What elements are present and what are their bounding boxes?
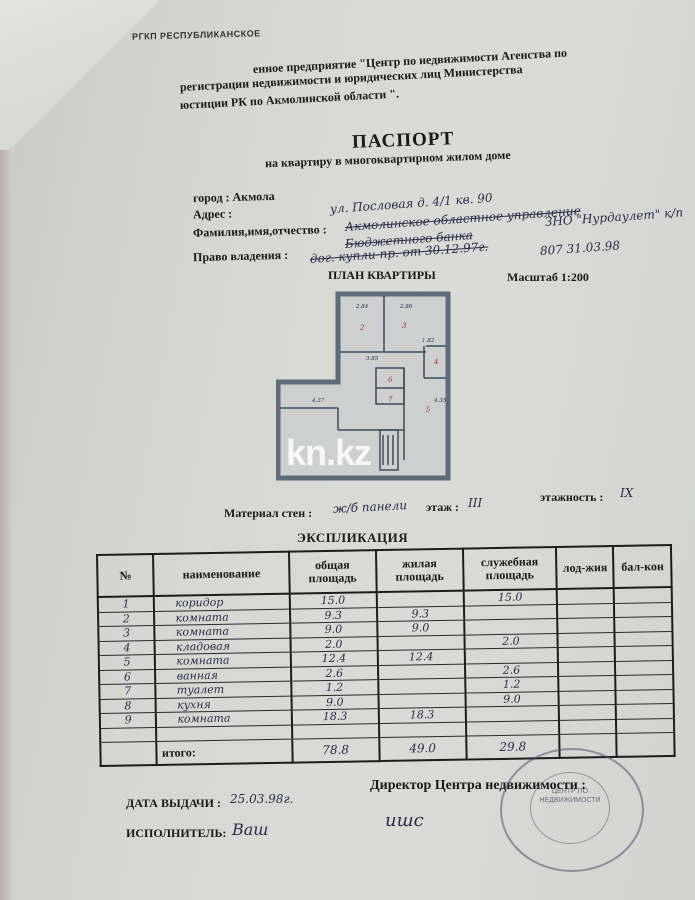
wall-material-label: Материал стен : <box>224 506 312 521</box>
room-label-3: 3 <box>402 322 407 330</box>
svg-text:2.84: 2.84 <box>355 304 369 310</box>
cell-number: 2 <box>98 611 155 626</box>
cell-balcony <box>616 703 674 719</box>
plan-title: ПЛАН КВАРТИРЫ <box>328 268 436 283</box>
executor-label: ИСПОЛНИТЕЛЬ: <box>126 826 226 841</box>
cell-living-area <box>378 664 465 680</box>
cell-total-area <box>292 723 379 739</box>
cell-loggia <box>558 675 616 691</box>
cell-service-area <box>464 604 558 620</box>
cell-total-area: 2.6 <box>291 665 378 681</box>
cell-loggia <box>558 646 616 662</box>
plan-scale: Масштаб 1:200 <box>507 270 589 285</box>
cell-loggia <box>557 603 615 619</box>
city-label: город : Акмола <box>193 189 275 206</box>
cell-number: 1 <box>98 596 155 612</box>
cell-balcony <box>616 674 674 690</box>
floors-label: этажность : <box>540 490 603 505</box>
cell-service-area: 15.0 <box>463 589 557 606</box>
col-header-total-area: общая площадь <box>289 550 377 594</box>
issue-date-value: 25.03.98г. <box>230 792 293 806</box>
cell-service-area <box>465 705 559 721</box>
col-header-number: № <box>97 554 154 597</box>
cell-balcony <box>615 660 673 676</box>
cell-loggia <box>559 690 617 706</box>
cell-balcony <box>614 587 672 603</box>
cell-balcony <box>615 616 673 632</box>
cell-balcony <box>615 631 673 647</box>
cell-service-area: 9.0 <box>465 691 559 707</box>
cell-number: 7 <box>99 683 156 698</box>
cell-living-area <box>379 722 466 738</box>
cell-service-area <box>464 647 558 663</box>
room-label-2: 2 <box>359 324 365 332</box>
total-area-sum: 78.8 <box>292 738 379 763</box>
cell-number <box>100 727 157 742</box>
floors-value: IX <box>620 486 633 500</box>
cell-living-area: 9.0 <box>377 620 464 636</box>
col-header-name: наименование <box>153 552 289 596</box>
seal-text: ЦЕНТР ПО НЕДВИЖИМОСТИ <box>530 772 610 844</box>
cell-number: 9 <box>100 712 157 727</box>
cell-service-area <box>464 618 558 634</box>
cell-number: 8 <box>100 698 157 713</box>
cell-number: 6 <box>99 669 156 684</box>
cell-total-area: 1.2 <box>291 680 378 696</box>
issue-date-label: ДАТА ВЫДАЧИ : <box>126 796 221 811</box>
room-label-6: 6 <box>388 376 393 384</box>
cell-living-area <box>376 591 463 608</box>
cell-balcony <box>616 689 674 705</box>
director-signature: ишс <box>385 810 424 831</box>
cell-living-area <box>378 678 465 694</box>
cell-service-area <box>466 720 560 736</box>
cell-loggia <box>559 719 617 735</box>
svg-text:2.86: 2.86 <box>399 304 413 310</box>
living-area-sum: 49.0 <box>379 736 466 761</box>
ownership-label: Право владения : <box>193 248 289 265</box>
cell-total-area: 9.0 <box>290 622 377 638</box>
cell-balcony <box>616 718 674 734</box>
cell-total-area: 18.3 <box>291 709 378 725</box>
floor-label: этаж : <box>426 500 459 515</box>
col-header-loggia: лод-жия <box>556 546 614 589</box>
document-subtitle: на квартиру в многоквартирном жилом доме <box>265 148 511 172</box>
cell-total-area: 2.0 <box>290 636 377 652</box>
col-header-service-area: служебная площадь <box>463 547 557 591</box>
cell-number: 5 <box>99 654 156 669</box>
document-page: РГКП РЕСПУБЛИКАНСКОЕ енное предприятие "… <box>0 0 695 900</box>
page-shadow-edge <box>0 140 14 900</box>
address-label: Адрес : <box>193 206 233 222</box>
col-header-living-area: жилая площадь <box>376 549 464 593</box>
floor-value: III <box>468 496 482 510</box>
cell-living-area: 12.4 <box>377 649 464 665</box>
cell-service-area: 2.0 <box>464 633 558 649</box>
svg-text:3.85: 3.85 <box>366 356 379 362</box>
cell-total-area: 9.3 <box>290 607 377 623</box>
total-label: итого: <box>157 739 293 765</box>
cell-total-area: 15.0 <box>289 592 376 609</box>
room-label-4: 4 <box>433 358 438 366</box>
svg-text:1.82: 1.82 <box>422 338 435 344</box>
official-seal: ЦЕНТР ПО НЕДВИЖИМОСТИ <box>500 748 644 872</box>
explication-title: ЭКСПЛИКАЦИЯ <box>297 530 408 546</box>
explication-table: № наименование общая площадь жилая площа… <box>96 544 676 767</box>
cell-balcony <box>614 602 672 618</box>
cell-living-area <box>377 635 464 651</box>
cell-total-area: 12.4 <box>290 651 377 667</box>
cell-loggia <box>557 588 615 604</box>
cell-service-area: 1.2 <box>465 676 559 692</box>
cell-living-area <box>378 693 465 709</box>
cell-loggia <box>557 632 615 648</box>
cell-balcony <box>615 645 673 661</box>
room-label-5: 5 <box>426 406 431 414</box>
cell-number: 3 <box>98 625 155 640</box>
cell-loggia <box>557 617 615 633</box>
cell-living-area: 18.3 <box>378 707 465 723</box>
col-header-balcony: бал-кон <box>613 545 671 588</box>
folded-corner <box>0 0 160 150</box>
watermark-logo: kn.kz <box>286 432 371 474</box>
cell-total-area: 9.0 <box>291 694 378 710</box>
svg-text:4.35: 4.35 <box>433 398 447 404</box>
owner-label: Фамилия,имя,отчество : <box>193 222 327 240</box>
ownership-value-new: 807 31.03.98 <box>540 238 621 258</box>
svg-text:4.37: 4.37 <box>311 398 325 404</box>
cell-loggia <box>559 704 617 720</box>
cell-number: 4 <box>99 640 156 655</box>
org-stamp-text: РГКП РЕСПУБЛИКАНСКОЕ <box>132 28 261 41</box>
wall-material-value: ж/б панели <box>333 498 408 516</box>
cell-living-area: 9.3 <box>377 606 464 622</box>
cell-service-area: 2.6 <box>465 662 559 678</box>
room-label-7: 7 <box>388 396 393 404</box>
executor-signature: Ваш <box>232 820 268 839</box>
cell-loggia <box>558 661 616 677</box>
